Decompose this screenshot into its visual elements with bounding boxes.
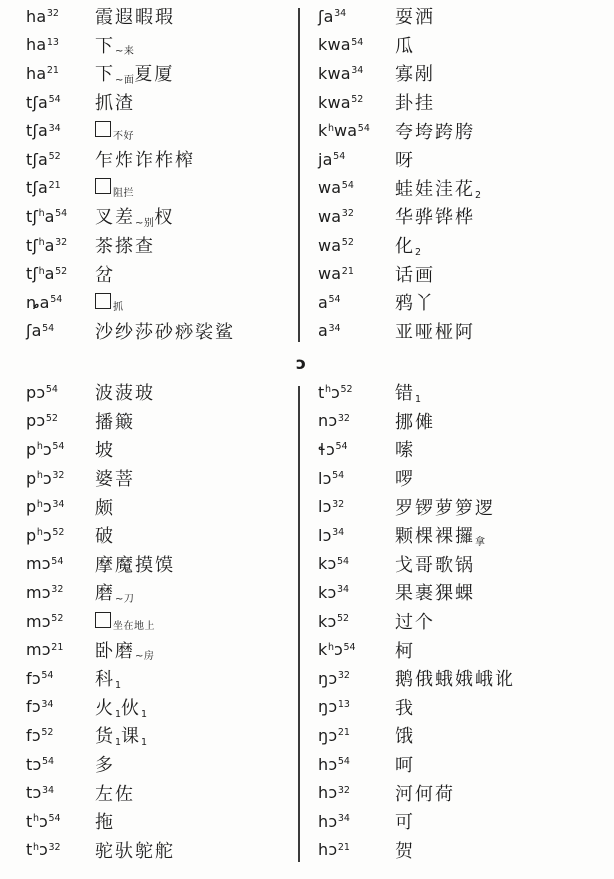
homograph-index-subscript: 2 bbox=[475, 190, 481, 201]
gloss-characters: 叉差~别杈 bbox=[95, 203, 174, 229]
entry-row: hɔ21贺 bbox=[318, 836, 610, 865]
chinese-characters: 瓜 bbox=[395, 36, 415, 57]
chinese-characters: 驼驮鸵舵 bbox=[95, 841, 175, 862]
ipa-syllable: hɔ32 bbox=[318, 783, 395, 802]
chinese-characters: 蛙娃洼花 bbox=[395, 179, 475, 200]
ipa-syllable: tʃa52 bbox=[26, 150, 95, 169]
ipa-letters: ɔ bbox=[39, 840, 48, 859]
ipa-syllable: tʃa34 bbox=[26, 121, 95, 140]
gloss-characters: 夸垮跨胯 bbox=[395, 118, 475, 144]
ipa-syllable: phɔ52 bbox=[26, 526, 95, 545]
tone-superscript: 52 bbox=[49, 151, 61, 162]
ipa-syllable: mɔ52 bbox=[26, 612, 95, 631]
ipa-syllable: fɔ34 bbox=[26, 697, 95, 716]
entry-row: tʃa54抓渣 bbox=[26, 88, 298, 117]
ipa-letters: lɔ bbox=[318, 526, 332, 545]
chinese-characters: 乍炸诈柞榨 bbox=[95, 150, 195, 171]
entry-row: kɔ54戈哥歌锅 bbox=[318, 550, 610, 579]
ipa-letters: ɔ bbox=[43, 440, 52, 459]
entry-row: kɔ52过个 bbox=[318, 607, 610, 636]
tone-superscript: 54 bbox=[344, 642, 356, 653]
homograph-index-subscript: 1 bbox=[115, 680, 121, 691]
ipa-syllable: mɔ54 bbox=[26, 554, 95, 573]
tone-superscript: 32 bbox=[342, 208, 354, 219]
gloss-characters: 华骅铧桦 bbox=[395, 203, 475, 229]
ipa-syllable: tɔ34 bbox=[26, 783, 95, 802]
tone-superscript: 52 bbox=[51, 613, 63, 624]
ipa-letters: t bbox=[26, 840, 32, 859]
ipa-letters: kɔ bbox=[318, 583, 336, 602]
gloss-characters: 贺 bbox=[395, 837, 415, 863]
entry-row: phɔ54坡 bbox=[26, 435, 298, 464]
gloss-characters: 颇 bbox=[95, 494, 115, 520]
tone-superscript: 54 bbox=[42, 756, 54, 767]
gloss-characters: 瓜 bbox=[395, 32, 415, 58]
aspiration-superscript: h bbox=[39, 266, 45, 277]
gloss-characters: 沙纱莎砂痧裟鲨 bbox=[95, 318, 235, 344]
ipa-syllable: khɔ54 bbox=[318, 640, 395, 659]
ipa-letters: ʃa bbox=[318, 7, 334, 26]
entry-row: fɔ52货1课1 bbox=[26, 721, 298, 750]
ipa-letters: kɔ bbox=[318, 554, 336, 573]
gloss-characters: 拖 bbox=[95, 808, 115, 834]
undetermined-character-box bbox=[95, 293, 111, 309]
ipa-syllable: phɔ54 bbox=[26, 440, 95, 459]
chinese-characters: 亚哑桠阿 bbox=[395, 322, 475, 343]
chinese-characters: 夸垮跨胯 bbox=[395, 122, 475, 143]
tone-superscript: 54 bbox=[46, 384, 58, 395]
gloss-characters: 罗锣萝箩逻 bbox=[395, 494, 495, 520]
tone-superscript: 54 bbox=[55, 208, 67, 219]
ipa-letters: wa bbox=[318, 264, 341, 283]
tone-superscript: 34 bbox=[337, 584, 349, 595]
chinese-characters: 我 bbox=[395, 698, 415, 719]
chinese-characters: 课 bbox=[121, 726, 141, 747]
entry-row: pɔ54波菠玻 bbox=[26, 378, 298, 407]
chinese-characters: 夏厦 bbox=[134, 64, 174, 85]
tone-superscript: 52 bbox=[337, 613, 349, 624]
ipa-syllable: nɔ32 bbox=[318, 411, 395, 430]
gloss-characters: 可 bbox=[395, 808, 415, 834]
gloss-characters: 下~来 bbox=[95, 32, 134, 58]
entry-row: hɔ54呵 bbox=[318, 750, 610, 779]
entry-row: kwa34寡剐 bbox=[318, 59, 610, 88]
chinese-characters: 下 bbox=[95, 36, 115, 57]
ipa-letters: k bbox=[318, 121, 327, 140]
gloss-characters: 卦挂 bbox=[395, 89, 435, 115]
tone-superscript: 32 bbox=[47, 8, 59, 19]
ipa-letters: kwa bbox=[318, 64, 351, 83]
entry-row: ɬɔ54嗦 bbox=[318, 435, 610, 464]
gloss-characters: 挪傩 bbox=[395, 408, 435, 434]
chinese-characters: 卧磨 bbox=[95, 641, 135, 662]
chinese-characters: 下 bbox=[95, 64, 115, 85]
entry-row: lɔ32罗锣萝箩逻 bbox=[318, 492, 610, 521]
chinese-characters: 霞遐暇瑕 bbox=[95, 7, 175, 28]
entry-row: tʃa52乍炸诈柞榨 bbox=[26, 145, 298, 174]
entry-row: tʃha32茶搽查 bbox=[26, 231, 298, 260]
ipa-letters: hɔ bbox=[318, 840, 337, 859]
chinese-characters: 茶搽查 bbox=[95, 236, 155, 257]
ipa-letters: ɔ bbox=[43, 526, 52, 545]
ipa-letters: ja bbox=[318, 150, 333, 169]
ipa-letters: ɔ bbox=[331, 383, 340, 402]
entry-row: ȵa54抓 bbox=[26, 288, 298, 317]
entry-row: mɔ54摩魔摸馍 bbox=[26, 550, 298, 579]
tone-superscript: 54 bbox=[51, 556, 63, 567]
gloss-characters: 过个 bbox=[395, 608, 435, 634]
ipa-letters: ha bbox=[26, 7, 46, 26]
chinese-characters: 波菠玻 bbox=[95, 383, 155, 404]
ipa-letters: fɔ bbox=[26, 669, 41, 688]
chinese-characters: 戈哥歌锅 bbox=[395, 555, 475, 576]
ipa-letters: hɔ bbox=[318, 812, 337, 831]
undetermined-character-box bbox=[95, 121, 111, 137]
entry-row: ʃa34耍洒 bbox=[318, 2, 610, 31]
entry-row: mɔ52坐在地上 bbox=[26, 607, 298, 636]
ipa-letters: tʃ bbox=[26, 207, 38, 226]
ipa-letters: mɔ bbox=[26, 612, 51, 631]
entry-row: lɔ34颗棵裸攞拿 bbox=[318, 521, 610, 550]
entry-row: ŋɔ21饿 bbox=[318, 721, 610, 750]
gloss-characters: 戈哥歌锅 bbox=[395, 551, 475, 577]
gloss-characters: 多 bbox=[95, 751, 115, 777]
chinese-characters: 火 bbox=[95, 698, 115, 719]
ipa-syllable: wa54 bbox=[318, 178, 395, 197]
aspiration-superscript: h bbox=[37, 441, 43, 452]
chinese-characters: 拖 bbox=[95, 812, 115, 833]
tone-superscript: 54 bbox=[342, 180, 354, 191]
gloss-characters: 波菠玻 bbox=[95, 379, 155, 405]
gloss-characters: 蛙娃洼花2 bbox=[395, 175, 481, 201]
ipa-syllable: ŋɔ32 bbox=[318, 669, 395, 688]
annotation-small-characters: 坐在地上 bbox=[113, 621, 155, 632]
ipa-letters: tʃa bbox=[26, 178, 48, 197]
ipa-syllable: ja54 bbox=[318, 150, 395, 169]
gloss-characters: 嗦 bbox=[395, 436, 415, 462]
entry-row: ha21下~面夏厦 bbox=[26, 59, 298, 88]
annotation-small-characters: 不好 bbox=[113, 131, 134, 142]
ipa-letters: a bbox=[45, 264, 55, 283]
gloss-characters: 左佐 bbox=[95, 780, 135, 806]
column-divider-top bbox=[298, 8, 300, 342]
entry-row: khwa54夸垮跨胯 bbox=[318, 116, 610, 145]
tone-superscript: 34 bbox=[42, 785, 54, 796]
tone-superscript: 54 bbox=[333, 151, 345, 162]
aspiration-superscript: h bbox=[39, 208, 45, 219]
tone-superscript: 54 bbox=[336, 441, 348, 452]
chinese-characters: 颇 bbox=[95, 498, 115, 519]
ipa-letters: mɔ bbox=[26, 640, 51, 659]
ipa-letters: wa bbox=[318, 207, 341, 226]
entry-row: a34亚哑桠阿 bbox=[318, 317, 610, 346]
ipa-syllable: a54 bbox=[318, 293, 395, 312]
entry-row: ha13下~来 bbox=[26, 31, 298, 60]
ipa-syllable: wa52 bbox=[318, 236, 395, 255]
ipa-syllable: thɔ52 bbox=[318, 383, 395, 402]
entry-row: phɔ32婆菩 bbox=[26, 464, 298, 493]
chinese-characters: 卦挂 bbox=[395, 93, 435, 114]
tone-superscript: 52 bbox=[46, 413, 58, 424]
ipa-letters: ɬɔ bbox=[318, 440, 335, 459]
gloss-characters: 亚哑桠阿 bbox=[395, 318, 475, 344]
tone-superscript: 32 bbox=[51, 584, 63, 595]
tone-superscript: 32 bbox=[55, 237, 67, 248]
gloss-characters: 货1课1 bbox=[95, 722, 147, 748]
entry-row: a54鸦丫 bbox=[318, 288, 610, 317]
entry-row: tɔ34左佐 bbox=[26, 778, 298, 807]
ipa-letters: tʃa bbox=[26, 121, 48, 140]
annotation-small-characters: ~面 bbox=[115, 75, 134, 86]
ipa-syllable: fɔ52 bbox=[26, 726, 95, 745]
entry-row: fɔ34火1伙1 bbox=[26, 693, 298, 722]
chinese-characters: 过个 bbox=[395, 612, 435, 633]
chinese-characters: 挪傩 bbox=[395, 412, 435, 433]
gloss-characters: 坐在地上 bbox=[95, 611, 155, 632]
ipa-letters: tɔ bbox=[26, 783, 41, 802]
annotation-small-characters: ~别 bbox=[135, 218, 154, 229]
chinese-characters: 可 bbox=[395, 812, 415, 833]
ipa-letters: a bbox=[318, 321, 328, 340]
ipa-letters: hɔ bbox=[318, 755, 337, 774]
ipa-letters: mɔ bbox=[26, 583, 51, 602]
ipa-letters: kwa bbox=[318, 35, 351, 54]
ipa-syllable: hɔ54 bbox=[318, 755, 395, 774]
entry-row: lɔ54啰 bbox=[318, 464, 610, 493]
gloss-characters: 寡剐 bbox=[395, 60, 435, 86]
ipa-letters: p bbox=[26, 526, 36, 545]
ipa-syllable: wa32 bbox=[318, 207, 395, 226]
gloss-characters: 科1 bbox=[95, 665, 121, 691]
entry-row: wa54蛙娃洼花2 bbox=[318, 174, 610, 203]
gloss-characters: 柯 bbox=[395, 637, 415, 663]
tone-superscript: 21 bbox=[51, 642, 63, 653]
entry-row: ŋɔ13我 bbox=[318, 693, 610, 722]
ipa-syllable: ʃa54 bbox=[26, 321, 95, 340]
gloss-characters: 婆菩 bbox=[95, 465, 135, 491]
chinese-characters: 叉差 bbox=[95, 207, 135, 228]
tone-superscript: 34 bbox=[52, 499, 64, 510]
tone-superscript: 54 bbox=[337, 556, 349, 567]
ipa-syllable: kwa52 bbox=[318, 93, 395, 112]
entry-row: thɔ52错1 bbox=[318, 378, 610, 407]
ipa-letters: ha bbox=[26, 64, 46, 83]
gloss-characters: 耍洒 bbox=[395, 3, 435, 29]
tone-superscript: 54 bbox=[338, 756, 350, 767]
gloss-characters: 错1 bbox=[395, 379, 421, 405]
entry-row: hɔ32河何荷 bbox=[318, 778, 610, 807]
section-heading-o: ɔ bbox=[288, 352, 314, 376]
chinese-characters: 破 bbox=[95, 526, 115, 547]
ipa-syllable: mɔ32 bbox=[26, 583, 95, 602]
gloss-characters: 播簸 bbox=[95, 408, 135, 434]
tone-superscript: 34 bbox=[351, 65, 363, 76]
ipa-syllable: tɔ54 bbox=[26, 755, 95, 774]
homograph-index-subscript: 1 bbox=[115, 737, 121, 748]
ipa-syllable: kɔ54 bbox=[318, 554, 395, 573]
chinese-characters: 嗦 bbox=[395, 440, 415, 461]
chinese-characters: 婆菩 bbox=[95, 469, 135, 490]
tone-superscript: 32 bbox=[332, 499, 344, 510]
tone-superscript: 52 bbox=[55, 266, 67, 277]
ipa-syllable: mɔ21 bbox=[26, 640, 95, 659]
ipa-syllable: phɔ32 bbox=[26, 469, 95, 488]
ipa-syllable: a34 bbox=[318, 321, 395, 340]
entry-row: thɔ54拖 bbox=[26, 807, 298, 836]
annotation-small-characters: ~刀 bbox=[115, 594, 134, 605]
gloss-characters: 茶搽查 bbox=[95, 232, 155, 258]
chinese-characters: 饿 bbox=[395, 726, 415, 747]
homograph-index-subscript: 1 bbox=[415, 394, 421, 405]
entry-row: kwa54瓜 bbox=[318, 31, 610, 60]
ipa-letters: t bbox=[318, 383, 324, 402]
aspiration-superscript: h bbox=[325, 384, 331, 395]
tone-superscript: 52 bbox=[341, 384, 353, 395]
ipa-syllable: fɔ54 bbox=[26, 669, 95, 688]
aspiration-superscript: h bbox=[328, 123, 334, 134]
gloss-characters: 化2 bbox=[395, 232, 421, 258]
gloss-characters: 我 bbox=[395, 694, 415, 720]
chinese-characters: 呀 bbox=[395, 150, 415, 171]
entry-row: ʃa54沙纱莎砂痧裟鲨 bbox=[26, 317, 298, 346]
annotation-small-characters: ~来 bbox=[115, 46, 134, 57]
undetermined-character-box bbox=[95, 178, 111, 194]
gloss-characters: 呵 bbox=[395, 751, 415, 777]
gloss-characters: 下~面夏厦 bbox=[95, 60, 174, 86]
tone-superscript: 54 bbox=[50, 294, 62, 305]
chinese-characters: 呵 bbox=[395, 755, 415, 776]
chinese-characters: 坡 bbox=[95, 440, 115, 461]
tone-superscript: 34 bbox=[329, 323, 341, 334]
column-divider-bottom bbox=[298, 386, 300, 862]
chinese-characters: 寡剐 bbox=[395, 64, 435, 85]
chinese-characters: 果裹猓蜾 bbox=[395, 583, 475, 604]
ipa-letters: wa bbox=[334, 121, 357, 140]
tone-superscript: 32 bbox=[338, 413, 350, 424]
ipa-syllable: phɔ34 bbox=[26, 497, 95, 516]
entry-row: ja54呀 bbox=[318, 145, 610, 174]
gloss-characters: 鸦丫 bbox=[395, 289, 435, 315]
gloss-characters: 饿 bbox=[395, 722, 415, 748]
ipa-syllable: tʃa21 bbox=[26, 178, 95, 197]
gloss-characters: 话画 bbox=[395, 261, 435, 287]
entry-row: wa52化2 bbox=[318, 231, 610, 260]
chinese-characters: 科 bbox=[95, 669, 115, 690]
ipa-syllable: ha32 bbox=[26, 7, 95, 26]
annotation-small-characters: 阻拦 bbox=[113, 188, 134, 199]
ipa-letters: nɔ bbox=[318, 411, 337, 430]
ipa-letters: ʃa bbox=[26, 321, 42, 340]
tone-superscript: 21 bbox=[338, 842, 350, 853]
gloss-characters: 啰 bbox=[395, 465, 415, 491]
entry-row: tʃa34不好 bbox=[26, 116, 298, 145]
ipa-letters: tʃa bbox=[26, 93, 48, 112]
ipa-letters: lɔ bbox=[318, 469, 332, 488]
ipa-syllable: lɔ54 bbox=[318, 469, 395, 488]
tone-superscript: 21 bbox=[338, 727, 350, 738]
ipa-syllable: thɔ32 bbox=[26, 840, 95, 859]
chinese-characters: 播簸 bbox=[95, 412, 135, 433]
ipa-syllable: tʃha52 bbox=[26, 264, 95, 283]
aspiration-superscript: h bbox=[37, 527, 43, 538]
entry-row: thɔ32驼驮鸵舵 bbox=[26, 836, 298, 865]
gloss-characters: 坡 bbox=[95, 436, 115, 462]
chinese-characters: 货 bbox=[95, 726, 115, 747]
ipa-letters: ɔ bbox=[43, 497, 52, 516]
ipa-syllable: tʃha54 bbox=[26, 207, 95, 226]
tone-superscript: 54 bbox=[332, 470, 344, 481]
chinese-characters: 岔 bbox=[95, 265, 115, 286]
tone-superscript: 34 bbox=[41, 699, 53, 710]
ipa-letters: hɔ bbox=[318, 783, 337, 802]
ipa-letters: ŋɔ bbox=[318, 697, 337, 716]
ipa-letters: ɔ bbox=[39, 812, 48, 831]
ipa-letters: a bbox=[45, 236, 55, 255]
ipa-syllable: khwa54 bbox=[318, 121, 395, 140]
ipa-syllable: kwa54 bbox=[318, 35, 395, 54]
tone-superscript: 54 bbox=[49, 94, 61, 105]
ipa-letters: ɔ bbox=[334, 640, 343, 659]
entry-row: ha32霞遐暇瑕 bbox=[26, 2, 298, 31]
ipa-syllable: wa21 bbox=[318, 264, 395, 283]
tone-superscript: 52 bbox=[351, 94, 363, 105]
tone-superscript: 21 bbox=[47, 65, 59, 76]
tone-superscript: 54 bbox=[41, 670, 53, 681]
chinese-characters: 河何荷 bbox=[395, 784, 455, 805]
tone-superscript: 54 bbox=[49, 813, 61, 824]
ipa-syllable: kɔ52 bbox=[318, 612, 395, 631]
gloss-characters: 摩魔摸馍 bbox=[95, 551, 175, 577]
gloss-characters: 阻拦 bbox=[95, 177, 134, 198]
tone-superscript: 13 bbox=[47, 37, 59, 48]
gloss-characters: 破 bbox=[95, 522, 115, 548]
tone-superscript: 54 bbox=[42, 323, 54, 334]
gloss-characters: 颗棵裸攞拿 bbox=[395, 522, 486, 548]
ipa-letters: wa bbox=[318, 236, 341, 255]
ipa-syllable: lɔ34 bbox=[318, 526, 395, 545]
tone-superscript: 52 bbox=[342, 237, 354, 248]
ipa-syllable: tʃha32 bbox=[26, 236, 95, 255]
chinese-characters: 啰 bbox=[395, 469, 415, 490]
ipa-syllable: ha13 bbox=[26, 35, 95, 54]
chinese-characters: 错 bbox=[395, 383, 415, 404]
annotation-small-characters: 拿 bbox=[475, 537, 486, 548]
entry-row: hɔ34可 bbox=[318, 807, 610, 836]
tone-superscript: 34 bbox=[332, 527, 344, 538]
tone-superscript: 32 bbox=[52, 470, 64, 481]
tone-superscript: 52 bbox=[41, 727, 53, 738]
ipa-letters: mɔ bbox=[26, 554, 51, 573]
aspiration-superscript: h bbox=[33, 813, 39, 824]
ipa-letters: fɔ bbox=[26, 697, 41, 716]
chinese-characters: 耍洒 bbox=[395, 7, 435, 28]
ipa-letters: kwa bbox=[318, 93, 351, 112]
entry-row: tʃa21阻拦 bbox=[26, 174, 298, 203]
ipa-letters: wa bbox=[318, 178, 341, 197]
tone-superscript: 34 bbox=[49, 123, 61, 134]
entry-row: mɔ21卧磨~房 bbox=[26, 635, 298, 664]
tone-superscript: 54 bbox=[351, 37, 363, 48]
homograph-index-subscript: 1 bbox=[141, 709, 147, 720]
ipa-syllable: kɔ34 bbox=[318, 583, 395, 602]
tone-superscript: 13 bbox=[338, 699, 350, 710]
ipa-syllable: pɔ52 bbox=[26, 411, 95, 430]
gloss-characters: 火1伙1 bbox=[95, 694, 147, 720]
entry-row: phɔ52破 bbox=[26, 521, 298, 550]
tone-superscript: 34 bbox=[338, 813, 350, 824]
ipa-syllable: hɔ21 bbox=[318, 840, 395, 859]
ipa-letters: t bbox=[26, 812, 32, 831]
